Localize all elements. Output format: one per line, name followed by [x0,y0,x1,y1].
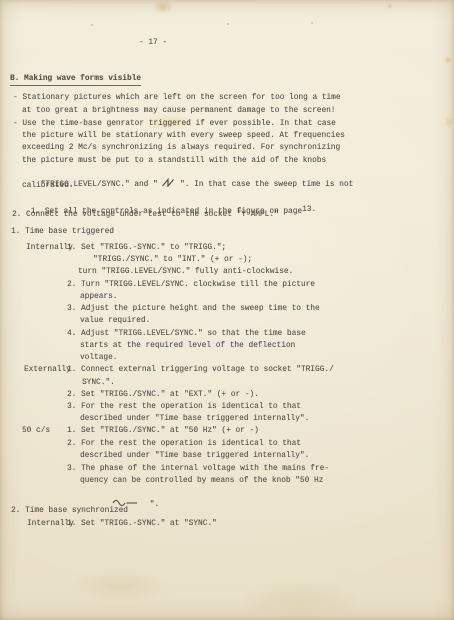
step-line: 3. For the rest the operation is identic… [67,402,301,412]
step-line: 2. For the rest the operation is identic… [67,439,301,449]
page-reference: 13. [302,206,316,214]
bullet-line: - Use the time-base genrator triggered i… [13,119,336,129]
step-line: turn "TRIGG.LEVEL/SYNC." fully anti-cloc… [78,267,293,277]
step-line: 4. Adjust "TRIGG.LEVEL/SYNC." so that th… [67,329,306,339]
step-line: described under "Time base triggered int… [80,451,309,461]
step-line: 1. Set "TRIGG.-SYNC." at "SYNC." [67,519,217,529]
scanned-document-page: - 17 - B. Making wave forms visible - St… [0,0,454,620]
step-line: value required. [80,316,150,326]
sawtooth-sweep-icon [162,178,175,190]
subsection-title: 1. Time base triggered [11,227,114,237]
body-line: at too great a brightness may cause perm… [22,106,336,116]
step-line: 2. Set "TRIGG./SYNC." at "EXT." (+ or -)… [67,390,259,400]
page-number: - 17 - [139,38,167,48]
step-line: described under "Time base triggered int… [80,414,309,424]
body-line: calibrated. [22,181,73,191]
step-line: 1. Set "TRIGG.-SYNC." to "TRIGG."; [67,243,226,253]
body-line: the picture will be stationary with ever… [22,131,345,141]
body-line: the picture must be put to a standstill … [22,156,326,166]
step-line: voltage. [80,353,117,363]
step-line: 2. Turn "TRIGG.LEVEL/SYNC. clockwise til… [67,280,315,290]
step-line: quency can be controlled by means of the… [80,476,323,486]
bullet-line: - Stationary pictures which are left on … [13,93,341,103]
step-line: starts at the required level of the defl… [80,341,295,351]
step-line: 1. Set "TRIGG./SYNC." at "50 Hz" (+ or -… [67,426,259,436]
text-segment: ". In that case the sweep time is not [175,181,353,189]
text-segment: ". [150,501,159,509]
step-line: appears. [80,292,117,302]
side-label-50cs: 50 c/s [22,426,50,436]
step-line: 1. Connect external triggering voltage t… [67,365,334,375]
subsection-title: 2. Time base synchronized [11,506,128,516]
side-label-internally: Internally [26,243,73,253]
step-line: "TRIGG./SYNC." to "INT." (+ or -); [93,255,252,265]
side-label-externally: Externally [24,365,71,375]
numbered-line: 2. Connect the voltage under test to the… [12,210,279,220]
step-line: 3. Adjust the picture height and the swe… [67,304,320,314]
step-line: SYNC.". [82,378,115,388]
step-line: 3. The phase of the internal voltage wit… [67,464,329,474]
section-heading: B. Making wave forms visible [10,74,141,86]
body-line: exceeding 2 Mc/s synchronizing is always… [22,143,340,153]
